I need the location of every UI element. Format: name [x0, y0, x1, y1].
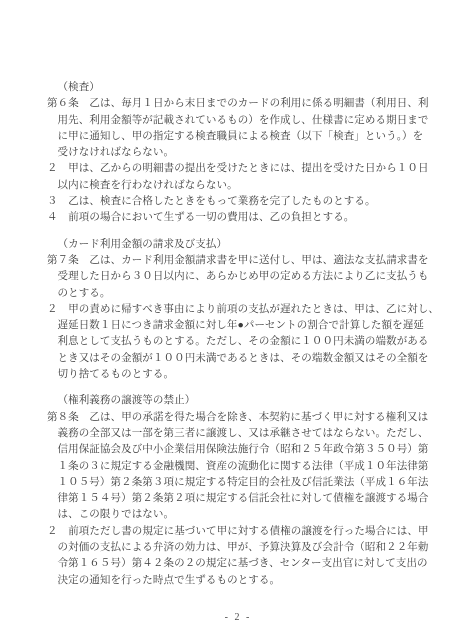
document-line: 遅延日数１日につき請求金額に対し年●パーセントの割合で計算した額を遅延 — [47, 318, 429, 334]
document-line: １条の３に規定する金融機関、資産の流動化に関する法律（平成１０年法律第 — [47, 459, 429, 475]
document-line: ３ 乙は、検査に合格したときをもって業務を完了したものとする。 — [47, 194, 429, 210]
document-section: （検査）第６条 乙は、毎月１日から末日までのカードの利用に係る明細書（利用日、利… — [47, 80, 429, 227]
document-line: 令第１６５号）第４２条の２の規定に基づき、センター支出官に対して支出の — [47, 556, 429, 572]
document-line: 第６条 乙は、毎月１日から末日までのカードの利用に係る明細書（利用日、利 — [47, 96, 429, 112]
document-line: 律第１５４号）第２条第２項に規定する信託会社に対して債権を譲渡する場合 — [47, 491, 429, 507]
document-body: （検査）第６条 乙は、毎月１日から末日までのカードの利用に係る明細書（利用日、利… — [47, 80, 429, 589]
document-line: は、この限りではない。 — [47, 507, 429, 523]
document-line: 決定の通知を行った時点で生ずるものとする。 — [47, 573, 429, 589]
document-line: ２ 甲の責めに帰すべき事由により前項の支払が遅れたときは、甲は、乙に対し、 — [47, 302, 429, 318]
document-line: 以内に検査を行わなければならない。 — [47, 178, 429, 194]
document-line: 利息として支払うものとする。ただし、その金額に１００円未満の端数がある — [47, 334, 429, 350]
document-line: 受理した日から３０日以内に、あらかじめ甲の定める方法により乙に支払うも — [47, 269, 429, 285]
document-line: とき又はその金額が１００円未満であるときは、その端数金額又はその全額を — [47, 351, 429, 367]
page-number: - 2 - — [47, 611, 429, 625]
document-line: 義務の全部又は一部を第三者に譲渡し、又は承継させてはならない。ただし、 — [47, 426, 429, 442]
document-section: （カード利用金額の請求及び支払）第７条 乙は、カード利用金額請求書を甲に送付し、… — [47, 237, 429, 384]
section-heading: （権利義務の譲渡等の禁止） — [47, 393, 429, 409]
document-line: の対価の支払による弁済の効力は、甲が、予算決算及び会計令（昭和２２年勅 — [47, 540, 429, 556]
document-line: ２ 前項ただし書の規定に基づいて甲に対する債権の譲渡を行った場合には、甲 — [47, 524, 429, 540]
document-line: のとする。 — [47, 286, 429, 302]
document-line: １０５号）第２条第３項に規定する特定目的会社及び信託業法（平成１６年法 — [47, 475, 429, 491]
document-line: ４ 前項の場合において生ずる一切の費用は、乙の負担とする。 — [47, 210, 429, 226]
document-line: 受けなければならない。 — [47, 145, 429, 161]
section-heading: （検査） — [47, 80, 429, 96]
document-line: 信用保証協会及び中小企業信用保険法施行令（昭和２５年政令第３５０号）第 — [47, 442, 429, 458]
document-line: に甲に通知し、甲の指定する検査職員による検査（以下「検査」という。）を — [47, 129, 429, 145]
document-line: 第７条 乙は、カード利用金額請求書を甲に送付し、甲は、適法な支払請求書を — [47, 253, 429, 269]
section-heading: （カード利用金額の請求及び支払） — [47, 237, 429, 253]
document-line: 用先、利用金額等が記載されているもの）を作成し、仕様書に定める期日まで — [47, 113, 429, 129]
document-line: 第８条 乙は、甲の承諾を得た場合を除き、本契約に基づく甲に対する権利又は — [47, 410, 429, 426]
document-line: 切り捨てるものとする。 — [47, 367, 429, 383]
document-line: ２ 甲は、乙からの明細書の提出を受けたときには、提出を受けた日から１０日 — [47, 161, 429, 177]
document-section: （権利義務の譲渡等の禁止）第８条 乙は、甲の承諾を得た場合を除き、本契約に基づく… — [47, 393, 429, 589]
document-page: （検査）第６条 乙は、毎月１日から末日までのカードの利用に係る明細書（利用日、利… — [0, 0, 452, 640]
